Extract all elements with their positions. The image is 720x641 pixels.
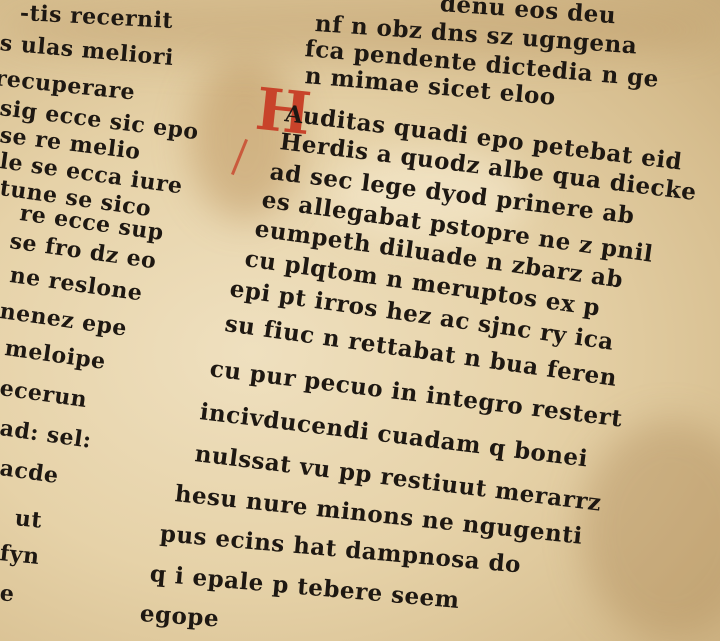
text-line: e <box>0 580 16 607</box>
text-line: fyn <box>0 540 41 570</box>
text-line: egope <box>139 600 220 632</box>
text-line: meloipe <box>3 335 107 375</box>
text-line: nenez epe <box>0 298 129 342</box>
text-line: ecerun <box>0 375 89 413</box>
text-line: ad: sel: <box>0 415 93 454</box>
text-line: ut <box>14 505 44 534</box>
text-line: acde <box>0 455 60 489</box>
parchment-stain <box>580 420 720 640</box>
